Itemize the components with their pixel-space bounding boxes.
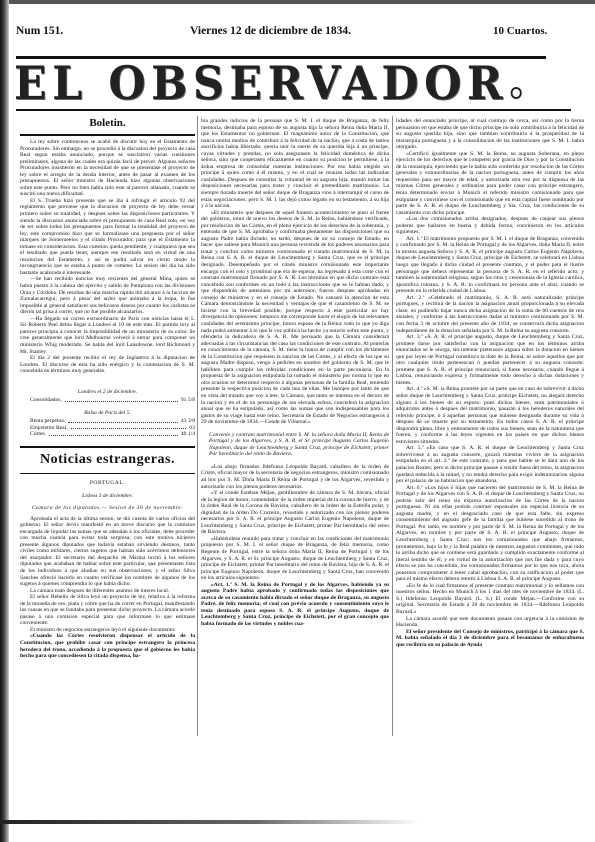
masthead-text: EL OBSERVADOR (14, 56, 508, 110)
quote-row: Consolidados,91 5/8 (20, 397, 195, 404)
bottom-edge-shadow (0, 820, 420, 824)
column-2: bia grandes indicios de la persona que S… (201, 118, 389, 628)
paragraph: El dia 2 del presente recibió el rey de … (20, 355, 195, 375)
paragraph: «Certificó igualmente que S. M. la Reina… (396, 151, 584, 216)
paragraph: El señor Rebello de Silva leyó un proyec… (20, 594, 195, 627)
page-top-edge (0, 0, 595, 4)
column-3: lidades del enunciado príncipe, al cual … (396, 118, 584, 648)
page-binding-shadow (0, 0, 9, 842)
issue-price: 10 Cuartos. (493, 25, 547, 37)
quote-label: Córtes. (30, 431, 46, 438)
paragraph: Aprobada el acta de la última sesion, se… (20, 516, 195, 588)
column-1: Boletin. La ley sobre contrenceos se aca… (20, 116, 195, 660)
paragraph: Art. 5.º «En caso que S. A. R. el duque … (396, 445, 584, 484)
session-heading: Camara de los diputados.— Sesion de 30 d… (20, 505, 195, 512)
paragraph: Art. 3.º «S. A. R. el principe augusto, … (396, 334, 584, 386)
masthead-title: EL OBSERVADOR (14, 58, 516, 108)
quote-row: Córtes.40 1/4 (20, 431, 195, 438)
divider (20, 473, 195, 474)
paragraph: La ley sobre contrenceos se acabó de dis… (20, 139, 195, 198)
paragraph: —Se han recibido noticias muy recientes … (20, 276, 195, 315)
quote-label: Consolidados, (30, 397, 62, 404)
dateline: Lisboa 3 de diciembre. (20, 493, 195, 500)
issue-date: Viernes 12 de diciembre de 1834. (190, 25, 351, 37)
paragraph: «En fe de lo cual firmamos el presente c… (396, 583, 584, 616)
paragraph: La cámara acordó que este documento pasa… (396, 616, 584, 629)
divider (20, 446, 195, 448)
masthead-bottom-rule (16, 109, 571, 111)
section-title-noticias: Noticias estrangeras. (20, 451, 195, 469)
section-title-boletin: Boletin. (20, 116, 195, 130)
masthead-period (511, 87, 522, 99)
divider (20, 134, 195, 136)
paragraph: «El ministerio que despues de aquel fune… (201, 210, 389, 426)
paragraph: »Y el conde Estéban Méjan, gentilhombre … (201, 490, 389, 536)
paragraph: Art. 4.º «S. M. la Reina promete por su … (396, 386, 584, 445)
issue-number: Num 151. (16, 25, 63, 37)
paragraph: —Ha llegado un correo extraordinario de … (20, 316, 195, 355)
treaty-title: Convenio y contrato matrimonial entre S.… (201, 432, 389, 458)
paragraph: El S. Trueba hizo presente que se iba á … (20, 198, 195, 277)
paragraph: «Los dos comisionados arriba designados,… (396, 216, 584, 236)
paragraph: »Habiéndose reunido para tratar y conclu… (201, 536, 389, 582)
country-heading: PORTUGAL. (20, 480, 195, 487)
paragraph: Art. 2.º «Celebrado el matrimonio, S. A.… (396, 295, 584, 334)
paris-heading: Bolsa de Paris del 5. (20, 410, 195, 417)
london-heading: Londres el 2 de diciembre. (20, 389, 195, 396)
paragraph: El señor presidente del Consejo de minis… (396, 629, 584, 649)
paragraph: «Cuando las Córtes resolvieron dispensar… (20, 633, 195, 659)
paragraph: «Los abajo firmados Ildefonso Leopoldo B… (201, 464, 389, 490)
quote-value: 40 1/4 (181, 431, 195, 438)
paragraph: Art. 6.º «Los hijos ó hijas que nacieren… (396, 485, 584, 583)
paragraph: bia grandes indicios de la persona que S… (201, 118, 389, 210)
column-divider (197, 116, 198, 736)
quote-value: 91 5/8 (181, 397, 195, 404)
paragraph: Art. 1.º El matrimonio propuesto por S. … (396, 236, 584, 295)
paragraph: »Art. 1.º S. M. la Reina de Portugal y d… (201, 582, 389, 628)
paragraph: lidades del enunciado príncipe, al cual … (396, 118, 584, 151)
column-divider (392, 116, 393, 736)
